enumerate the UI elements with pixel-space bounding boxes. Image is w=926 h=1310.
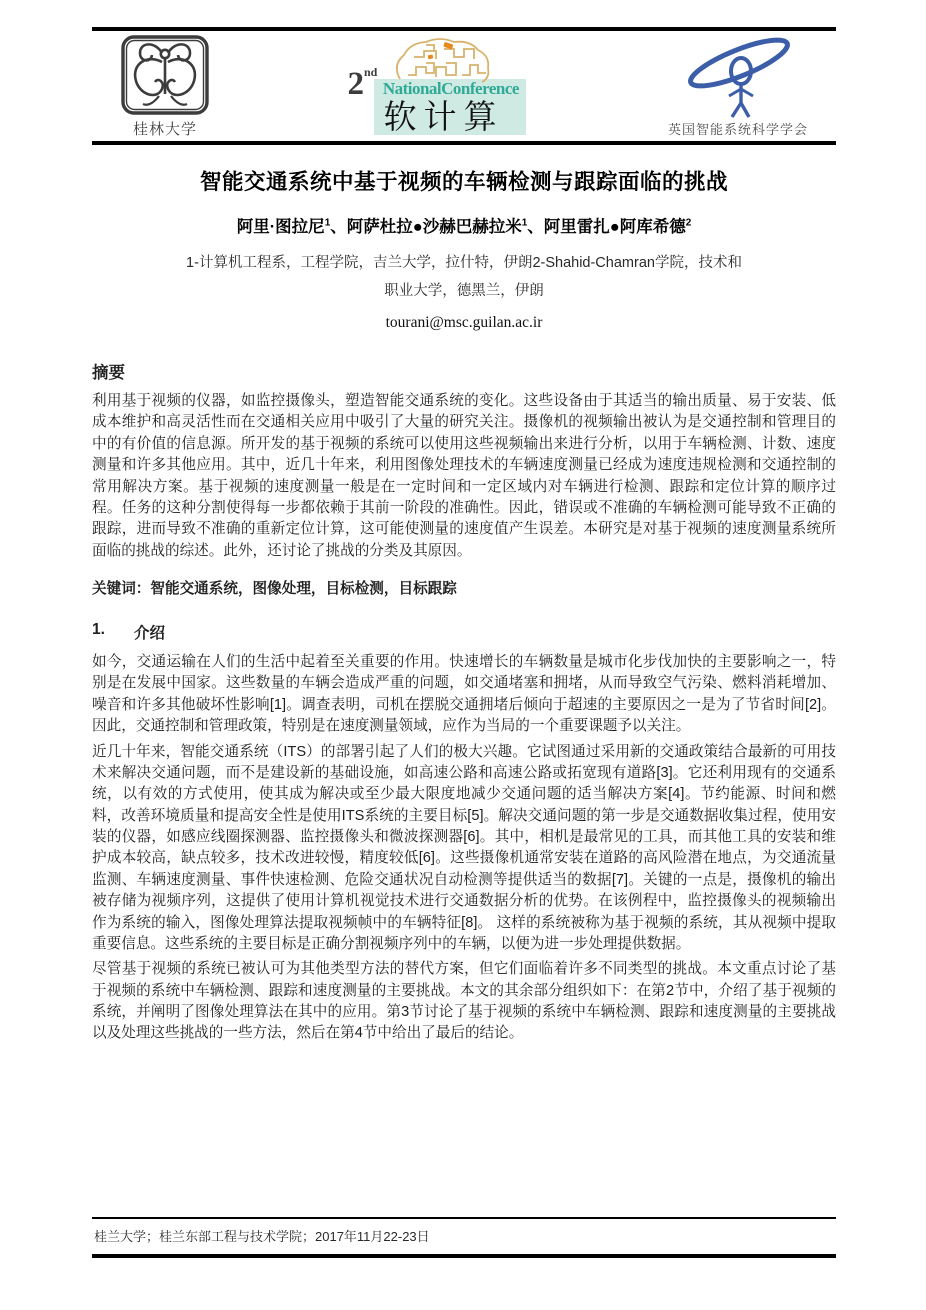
header-logo-row: 桂林大学 xyxy=(92,31,836,141)
author-name: 阿里·图拉尼 xyxy=(237,218,325,236)
author-name: 阿里雷扎●阿库希德 xyxy=(544,218,686,236)
university-emblem-icon xyxy=(113,34,217,120)
affiliation-line-2: 职业大学，德黑兰，伊朗 xyxy=(384,283,544,299)
author-line: 阿里·图拉尼1、阿萨杜拉●沙赫巴赫拉米1、阿里雷扎●阿库希德2 xyxy=(92,213,836,237)
section-1-heading: 1. 介绍 xyxy=(92,621,836,643)
header-bottom-rule xyxy=(92,141,836,145)
page-footer: 桂兰大学；桂兰东部工程与技术学院；2017年11月22-23日 xyxy=(92,1217,836,1258)
left-logo-caption: 桂林大学 xyxy=(133,118,197,139)
conference-ordinal-suffix: nd xyxy=(364,65,377,79)
keywords-line: 关键词：智能交通系统，图像处理，目标检测，目标跟踪 xyxy=(92,577,836,598)
abstract-heading: 摘要 xyxy=(92,359,836,383)
author-name: 阿萨杜拉●沙赫巴赫拉米 xyxy=(347,218,522,236)
footer-text: 桂兰大学；桂兰东部工程与技术学院；2017年11月22-23日 xyxy=(92,1219,836,1254)
conference-ordinal: 2 xyxy=(348,66,365,102)
author-separator: 、 xyxy=(527,218,544,236)
affiliation-line-1: 1-计算机工程系，工程学院，吉兰大学，拉什特，伊朗2-Shahid-Chamra… xyxy=(186,255,742,271)
right-logo-caption: 英国智能系统科学学会 xyxy=(668,119,808,138)
intro-paragraph-3: 尽管基于视频的系统已被认可为其他类型方法的替代方案，但它们面临着许多不同类型的挑… xyxy=(92,959,836,1045)
intro-paragraph-2: 近几十年来，智能交通系统（ITS）的部署引起了人们的极大兴趣。它试图通过采用新的… xyxy=(92,742,836,956)
affiliation: 1-计算机工程系，工程学院，吉兰大学，拉什特，伊朗2-Shahid-Chamra… xyxy=(92,250,836,305)
author-separator: 、 xyxy=(330,218,347,236)
keywords-label: 关键词： xyxy=(92,581,150,597)
author-affiliation-mark: 2 xyxy=(686,218,692,229)
abstract-paragraph: 利用基于视频的仪器，如监控摄像头，塑造智能交通系统的变化。这些设备由于其适当的输… xyxy=(92,391,836,562)
section-number: 1. xyxy=(92,621,134,643)
guilin-university-logo: 桂林大学 xyxy=(100,34,230,139)
society-logo: 英国智能系统科学学会 xyxy=(648,35,828,138)
footer-bottom-rule xyxy=(92,1254,836,1258)
orbit-figure-icon xyxy=(663,35,813,123)
paper-title: 智能交通系统中基于视频的车辆检测与跟踪面临的挑战 xyxy=(102,165,826,196)
section-title: 介绍 xyxy=(134,621,165,643)
document-page: 桂林大学 xyxy=(0,0,926,1310)
intro-paragraph-1: 如今，交通运输在人们的生活中起着至关重要的作用。快速增长的车辆数量是城市化步伐加… xyxy=(92,652,836,738)
author-email: tourani@msc.guilan.ac.ir xyxy=(92,314,836,332)
keywords-content: 智能交通系统，图像处理，目标检测，目标跟踪 xyxy=(150,581,456,597)
conference-subtitle: 软计算 xyxy=(384,91,504,138)
conference-logo: 2nd NationalConference 软计算 xyxy=(342,35,537,137)
